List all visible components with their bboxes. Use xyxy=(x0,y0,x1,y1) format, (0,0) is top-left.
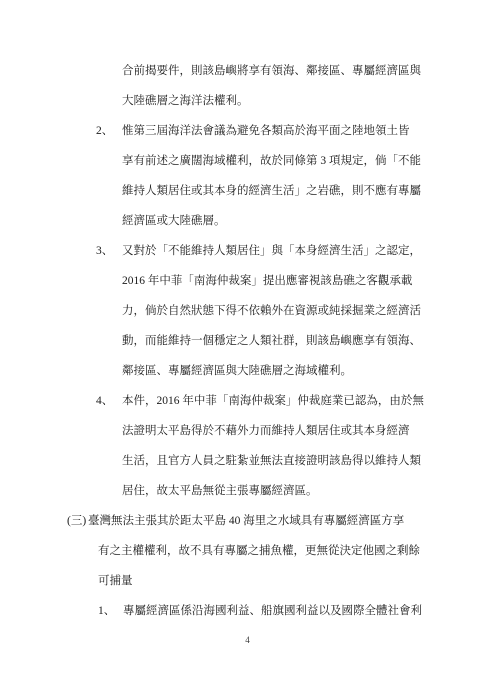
line-text: 居住，故太平島無從主張專屬經濟區。 xyxy=(122,485,318,497)
doc-line: 享有前述之廣闊海域權利，故於同條第 3 項規定，倘「不能 xyxy=(0,146,495,176)
item-number-marker: 3、 xyxy=(96,236,122,266)
line-text: 維持人類居住或其本身的經濟生活」之岩礁，則不應有專屬 xyxy=(122,185,421,197)
doc-line: 法證明太平島得於不藉外力而維持人類居住或其本身經濟 xyxy=(0,416,495,446)
line-text: 又對於「不能維持人類居住」與「本身經濟生活」之認定， xyxy=(122,245,421,257)
doc-line-numbered-item-3: 3、又對於「不能維持人類居住」與「本身經濟生活」之認定， xyxy=(0,236,495,266)
line-text: 法證明太平島得於不藉外力而維持人類居住或其本身經濟 xyxy=(122,425,410,437)
item-number-marker: 1、 xyxy=(98,596,123,626)
doc-line: 可捕量 xyxy=(0,566,495,596)
doc-line: 生活，且官方人員之駐紮並無法直接證明該島得以維持人類 xyxy=(0,446,495,476)
line-text: 享有前述之廣闊海域權利，故於同條第 3 項規定，倘「不能 xyxy=(122,155,421,167)
document-page: 合前揭要件，則該島嶼將享有領海、鄰接區、專屬經濟區與 大陸礁層之海洋法權利。 2… xyxy=(0,0,495,700)
line-text: 有之主權權利，故不具有專屬之捕魚權，更無從決定他國之剩餘 xyxy=(98,545,420,557)
line-text: 力，倘於自然狀態下得不依賴外在資源或純採掘業之經濟活 xyxy=(122,305,421,317)
line-text: 惟第三屆海洋法會議為避免各類高於海平面之陸地領土皆 xyxy=(122,125,410,137)
section-marker: (三) xyxy=(67,506,88,536)
doc-line: 鄰接區、專屬經濟區與大陸礁層之海域權利。 xyxy=(0,356,495,386)
doc-line: 居住，故太平島無從主張專屬經濟區。 xyxy=(0,476,495,506)
line-text: 合前揭要件，則該島嶼將享有領海、鄰接區、專屬經濟區與 xyxy=(122,65,421,77)
line-text: 本件，2016 年中菲「南海仲裁案」仲裁庭業已認為，由於無 xyxy=(122,395,424,407)
line-text: 生活，且官方人員之駐紮並無法直接證明該島得以維持人類 xyxy=(122,455,421,467)
doc-line-numbered-item-4: 4、本件，2016 年中菲「南海仲裁案」仲裁庭業已認為，由於無 xyxy=(0,386,495,416)
line-text: 經濟區或大陸礁層。 xyxy=(122,215,226,227)
doc-line-numbered-item-1: 1、專屬經濟區係沿海國利益、船旗國利益以及國際全體社會利 xyxy=(0,596,495,626)
line-text: 鄰接區、專屬經濟區與大陸礁層之海域權利。 xyxy=(122,365,352,377)
item-number-marker: 2、 xyxy=(96,116,122,146)
doc-line-section-3: (三)臺灣無法主張其於距太平島 40 海里之水域具有專屬經濟區方享 xyxy=(0,506,495,536)
item-number-marker: 4、 xyxy=(96,386,122,416)
doc-line: 2016 年中菲「南海仲裁案」提出應審視該島礁之客觀承載 xyxy=(0,266,495,296)
document-body: 合前揭要件，則該島嶼將享有領海、鄰接區、專屬經濟區與 大陸礁層之海洋法權利。 2… xyxy=(0,56,495,626)
doc-line: 合前揭要件，則該島嶼將享有領海、鄰接區、專屬經濟區與 xyxy=(0,56,495,86)
doc-line: 大陸礁層之海洋法權利。 xyxy=(0,86,495,116)
doc-line: 維持人類居住或其本身的經濟生活」之岩礁，則不應有專屬 xyxy=(0,176,495,206)
line-text: 可捕量 xyxy=(98,575,133,587)
page-number: 4 xyxy=(0,633,495,647)
doc-line: 經濟區或大陸礁層。 xyxy=(0,206,495,236)
line-text: 2016 年中菲「南海仲裁案」提出應審視該島礁之客觀承載 xyxy=(122,275,412,287)
line-text: 臺灣無法主張其於距太平島 40 海里之水域具有專屬經濟區方享 xyxy=(88,515,404,527)
line-text: 專屬經濟區係沿海國利益、船旗國利益以及國際全體社會利 xyxy=(123,605,422,617)
doc-line: 力，倘於自然狀態下得不依賴外在資源或純採掘業之經濟活 xyxy=(0,296,495,326)
doc-line: 動，而能維持一個穩定之人類社群，則該島嶼應享有領海、 xyxy=(0,326,495,356)
doc-line: 有之主權權利，故不具有專屬之捕魚權，更無從決定他國之剩餘 xyxy=(0,536,495,566)
line-text: 動，而能維持一個穩定之人類社群，則該島嶼應享有領海、 xyxy=(122,335,421,347)
doc-line-numbered-item-2: 2、惟第三屆海洋法會議為避免各類高於海平面之陸地領土皆 xyxy=(0,116,495,146)
line-text: 大陸礁層之海洋法權利。 xyxy=(122,95,249,107)
